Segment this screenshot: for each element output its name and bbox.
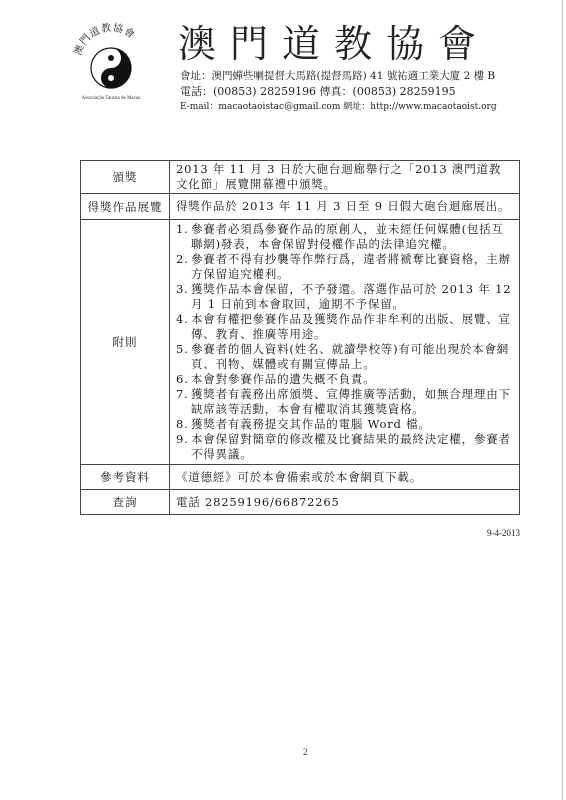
document-date: 9-4-2013 [487,528,520,538]
table-row-terms: 附則 1.參賽者必須爲參賽作品的原創人，並未經任何媒體(包括互聯網)發表，本會保… [81,220,520,465]
table-row-enquiry: 查詢 電話 28259196/66872265 [81,490,520,515]
table-row-exhibition: 得獎作品展覽 得獎作品於 2013 年 11 月 3 日至 9 日假大砲台迴廊展… [81,194,520,220]
table-row-reference: 參考資料 《道德經》可於本會備索或於本會網頁下載。 [81,465,520,490]
list-item: 5.參賽者的個人資料(姓名、就讀學校等)有可能出現於本會網頁、刊物、媒體或有關宣… [176,342,513,372]
list-item: 1.參賽者必須爲參賽作品的原創人，並未經任何媒體(包括互聯網)發表，本會保留對侵… [176,222,513,252]
item-text: 本會對參賽作品的遺失概不負責。 [191,372,376,386]
table-row-award-ceremony: 頒獎 2013 年 11 月 3 日於大砲台迴廊舉行之「2013 澳門道教文化節… [81,161,520,194]
phone-fax-line: 電話：(00853) 28259196 傳真：(00853) 28259195 [180,83,456,99]
scan-edge-line [562,0,563,800]
item-text: 獲獎者有義務出席頒獎、宣傳推廣等活動，如無合理理由下缺席該等活動，本會有權取消其… [191,387,511,416]
list-item: 2.參賽者不得有抄襲等作弊行爲，違者將褫奪比賽資格，主辦方保留追究權利。 [176,252,513,282]
row-label: 附則 [81,220,170,465]
row-label: 參考資料 [81,465,170,490]
item-text: 本會有權把參賽作品及獲獎作品作非牟利的出版、展覽、宣傳、教育、推廣等用途。 [191,312,511,341]
list-item: 4.本會有權把參賽作品及獲獎作品作非牟利的出版、展覽、宣傳、教育、推廣等用途。 [176,312,513,342]
row-value: 《道德經》可於本會備索或於本會網頁下載。 [170,465,520,490]
association-logo: 澳門道教協會 Associação Tauista de Macau [66,22,156,108]
yin-yang-icon: 澳門道教協會 [66,22,156,92]
address-line: 會址：澳門蟬些喇提督大馬路(提督馬路) 41 號祐適工業大廈 2 樓 B [180,68,495,83]
item-number: 5. [176,342,189,357]
terms-cell: 1.參賽者必須爲參賽作品的原創人，並未經任何媒體(包括互聯網)發表，本會保留對侵… [170,220,520,465]
item-number: 7. [176,387,189,402]
item-number: 9. [176,432,189,447]
email-website-line: E-mail：macaotaoistac@gmail.com 網址：http:/… [180,99,497,112]
item-text: 本會保留對簡章的修改權及比賽結果的最終決定權，參賽者不得異議。 [191,432,511,461]
list-item: 3.獲獎作品本會保留，不予發還。落選作品可於 2013 年 12 月 1 日前到… [176,282,513,312]
list-item: 9.本會保留對簡章的修改權及比賽結果的最終決定權，參賽者不得異議。 [176,432,513,462]
page-number: 2 [303,747,308,757]
item-number: 3. [176,282,189,297]
row-value: 得獎作品於 2013 年 11 月 3 日至 9 日假大砲台迴廊展出。 [170,194,520,220]
logo-caption: Associação Tauista de Macau [66,96,156,101]
item-text: 參賽者的個人資料(姓名、就讀學校等)有可能出現於本會網頁、刊物、媒體或有關宣傳品… [191,342,509,371]
row-value: 2013 年 11 月 3 日於大砲台迴廊舉行之「2013 澳門道教文化節」展覽… [170,161,520,194]
list-item: 6.本會對參賽作品的遺失概不負責。 [176,372,513,387]
organization-title: 澳門道教協會 [178,22,490,66]
item-text: 參賽者不得有抄襲等作弊行爲，違者將褫奪比賽資格，主辦方保留追究權利。 [191,252,511,281]
item-number: 6. [176,372,189,387]
row-label: 得獎作品展覽 [81,194,170,220]
list-item: 7.獲獎者有義務出席頒獎、宣傳推廣等活動，如無合理理由下缺席該等活動，本會有權取… [176,387,513,417]
row-label: 頒獎 [81,161,170,194]
row-label: 查詢 [81,490,170,515]
terms-list: 1.參賽者必須爲參賽作品的原創人，並未經任何媒體(包括互聯網)發表，本會保留對侵… [176,220,513,464]
item-text: 參賽者必須爲參賽作品的原創人，並未經任何媒體(包括互聯網)發表，本會保留對侵權作… [191,222,504,251]
item-number: 2. [176,252,189,267]
list-item: 8.獲獎者有義務提交其作品的電腦 Word 檔。 [176,417,513,432]
item-text: 獲獎作品本會保留，不予發還。落選作品可於 2013 年 12 月 1 日前到本會… [191,282,511,311]
item-number: 4. [176,312,189,327]
item-number: 1. [176,222,189,237]
row-value: 電話 28259196/66872265 [170,490,520,515]
competition-details-table: 頒獎 2013 年 11 月 3 日於大砲台迴廊舉行之「2013 澳門道教文化節… [80,160,520,515]
item-number: 8. [176,417,189,432]
item-text: 獲獎者有義務提交其作品的電腦 Word 檔。 [191,417,431,431]
